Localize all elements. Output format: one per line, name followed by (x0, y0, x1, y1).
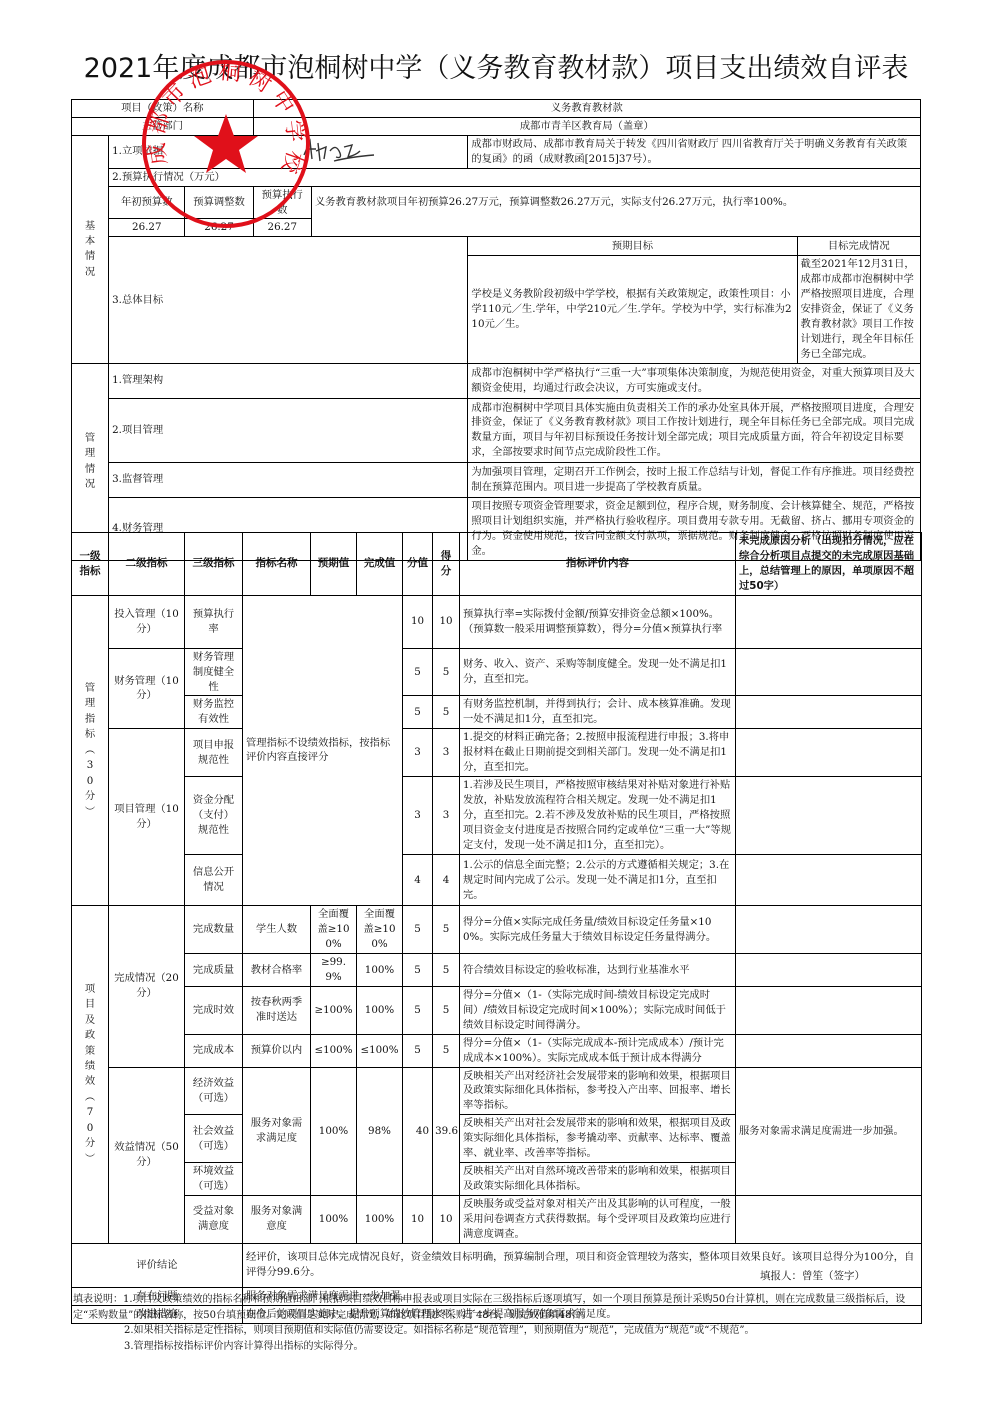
level3-cell: 完成成本 (185, 1034, 243, 1067)
score-cell: 10 (433, 595, 460, 648)
hdr-level1: 一级指标 (72, 533, 109, 596)
level3-cell: 完成时效 (185, 986, 243, 1034)
level3-cell: 资金分配（支付）规范性 (185, 777, 243, 855)
weight-cell: 4 (403, 855, 433, 906)
goal-done-header: 目标完成情况 (797, 237, 920, 256)
weight-cell: 5 (403, 696, 433, 729)
weight-cell: 10 (403, 595, 433, 648)
perf-metrics-level1: 项 目 及 政 策 绩 效 ︵ 7 0 分 ︶ (72, 906, 109, 1243)
goal-expected-text: 学校是义务教阶段初级中学学校，根据有关政策规定，政策性项目：小学110元／生.学… (468, 256, 797, 363)
content-cell: 反映相关产出对社会发展带来的影响和效果，根据项目及政策实际细化具体指标，参考撬动… (460, 1115, 736, 1163)
actual-cell: ≤100% (357, 1034, 403, 1067)
actual-cell: 100% (357, 986, 403, 1034)
name-cell: 按春秋两季准时送达 (243, 986, 311, 1034)
weight-cell: 3 (403, 777, 433, 855)
score-cell: 5 (433, 906, 460, 954)
score-cell: 5 (433, 986, 460, 1034)
expected-cell: ≤100% (311, 1034, 357, 1067)
goal-done-text: 截至2021年12月31日，成都市成都市泡桐树中学严格按照项目进度，合理安排资金… (797, 256, 920, 363)
expected-cell: 100% (311, 1195, 357, 1243)
budget-initial-value: 26.27 (109, 219, 185, 237)
name-cell: 学生人数 (243, 906, 311, 954)
score-cell: 4 (433, 855, 460, 906)
hdr-level2: 二级指标 (109, 533, 185, 596)
budget-text: 义务教育教材款项目年初预算26.27万元，预算调整数26.27万元，实际支付26… (311, 186, 920, 237)
mgmt-metrics-level1: 管 理 指 标 ︵ 3 0 分 ︶ (72, 595, 109, 906)
benefit-expected-cell: 100% (311, 1067, 357, 1195)
content-cell: 得分=分值×（1-（实际完成成本-预计完成成本）/预计完成成本×100%）。实际… (460, 1034, 736, 1067)
mgmt-item-label: 2.项目管理 (109, 398, 468, 462)
basis-label: 1.立项依据 (109, 135, 468, 168)
weight-cell: 5 (403, 1034, 433, 1067)
content-cell: 1.公示的信息全面完整；2.公示的方式遵循相关规定；3.在规定时间内完成了公示。… (460, 855, 736, 906)
level3-cell: 预算执行率 (185, 595, 243, 648)
goal-expected-header: 预期目标 (468, 237, 797, 256)
score-cell: 5 (433, 1034, 460, 1067)
name-cell: 预算价以内 (243, 1034, 311, 1067)
reason-cell (736, 1195, 922, 1243)
reason-cell (736, 777, 922, 855)
content-cell: 反映服务或受益对象对相关产出及其影响的认可程度，一般采用问卷调查方式获得数据。每… (460, 1195, 736, 1243)
reason-cell (736, 855, 922, 906)
level3-cell: 社会效益（可选） (185, 1115, 243, 1163)
dept-label: 主管部门 (72, 117, 254, 135)
conclusion-label: 评价结论 (72, 1243, 243, 1287)
expected-cell: 全面覆盖≥100% (311, 906, 357, 954)
score-cell: 5 (433, 696, 460, 729)
level3-cell: 信息公开情况 (185, 855, 243, 906)
reason-cell (736, 986, 922, 1034)
actual-cell: 全面覆盖≥100% (357, 906, 403, 954)
level3-cell: 项目申报规范性 (185, 729, 243, 777)
metrics-table: 一级指标 二级指标 三级指标 指标名称 预期值 完成值 分值 得分 指标评价内容… (71, 532, 922, 1324)
hdr-name: 指标名称 (243, 533, 311, 596)
basic-info-table: 项目（政策）名称 义务教育教材款 主管部门 成都市青羊区教育局（盖章） 基 本 … (71, 99, 921, 561)
filler-signature: 填报人：曾笙（签字） (760, 1268, 865, 1283)
content-cell: 预算执行率=实际拨付金额/预算安排资金总额×100%。（预算数一般采用调整预算数… (460, 595, 736, 648)
basis-text: 成都市财政局、成都市教育局关于转发《四川省财政厅 四川省教育厅关于明确义务教育有… (468, 135, 921, 168)
level3-cell: 环境效益（可选） (185, 1163, 243, 1196)
note-2: 2.如果相关指标是定性指标，则项目预期值和实际值仍需要设定。如指标名称是“规范管… (73, 1323, 923, 1339)
hdr-level3: 三级指标 (185, 533, 243, 596)
level2-finance-mgmt: 财务管理（10分） (109, 648, 185, 729)
score-cell: 3 (433, 777, 460, 855)
content-cell: 反映相关产出对自然环境改善带来的影响和效果，根据项目及政策实际细化具体指标。 (460, 1163, 736, 1196)
dept-value: 成都市青羊区教育局（盖章） (253, 117, 920, 135)
benefit-weight-cell: 40 (403, 1067, 433, 1195)
content-cell: 财务、收入、资产、采购等制度健全。发现一处不满足扣1分，直至扣完。 (460, 648, 736, 696)
note-3: 3.管理指标按指标评价内容计算得出指标的实际得分。 (73, 1339, 923, 1355)
score-cell: 5 (433, 648, 460, 696)
budget-col-executed: 预算执行数 (253, 186, 311, 219)
mgmt-item-text: 为加强项目管理，定期召开工作例会，按时上报工作总结与计划，督促工作有序推进。项目… (468, 462, 921, 497)
notes: 填表说明：1.项目及政策绩效的指标名称和预期值由部门根据项目绩效目标申报表或项目… (73, 1292, 923, 1354)
weight-cell: 10 (403, 1195, 433, 1243)
level2-completion: 完成情况（20分） (109, 906, 185, 1067)
hdr-weight: 分值 (403, 533, 433, 596)
page-title: 2021年度成都市泡桐树中学（义务教育教材款）项目支出绩效自评表 (0, 46, 992, 85)
mgmt-item-label: 1.管理架构 (109, 363, 468, 398)
content-cell: 得分=分值×（1-（实际完成时间-绩效目标设定完成时间）/绩效目标设定完成时间×… (460, 986, 736, 1034)
management-section-label: 管 理 情 况 (72, 363, 109, 560)
level3-cell: 财务管理制度健全性 (185, 648, 243, 696)
benefit-score-cell: 39.6 (433, 1067, 460, 1195)
score-cell: 10 (433, 1195, 460, 1243)
reason-cell (736, 648, 922, 696)
hdr-actual: 完成值 (357, 533, 403, 596)
expected-cell: ≥100% (311, 986, 357, 1034)
hdr-reason: 未完成原因分析（出现扣分情况，应在综合分析项目点提交的未完成原因基础上，总结管理… (736, 533, 922, 596)
basic-section-label: 基 本 情 况 (72, 135, 109, 363)
content-cell: 反映相关产出对经济社会发展带来的影响和效果，根据项目及政策实际细化具体指标，参考… (460, 1067, 736, 1115)
note-1: 填表说明：1.项目及政策绩效的指标名称和预期值由部门根据项目绩效目标申报表或项目… (73, 1292, 923, 1323)
level3-cell: 完成数量 (185, 906, 243, 954)
content-cell: 1.若涉及民生项目，严格按照审核结果对补贴对象进行补贴发放，补贴发放流程符合相关… (460, 777, 736, 855)
hdr-content: 指标评价内容 (460, 533, 736, 596)
goal-label: 3.总体目标 (109, 237, 468, 363)
mgmt-item-text: 成都市泡桐树中学严格执行“三重一大”事项集体决策制度，为规范使用资金，对重大预算… (468, 363, 921, 398)
content-cell: 有财务监控机制，并得到执行；会计、成本核算准确。发现一处不满足扣1分，直至扣完。 (460, 696, 736, 729)
weight-cell: 5 (403, 648, 433, 696)
weight-cell: 5 (403, 986, 433, 1034)
level2-project-mgmt: 项目管理（10分） (109, 729, 185, 906)
actual-cell: 100% (357, 1195, 403, 1243)
benefit-actual-cell: 98% (357, 1067, 403, 1195)
reason-cell (736, 954, 922, 987)
mgmt-item-text: 成都市泡桐树中学项目具体实施由负责相关工作的承办处室具体开展，严格按照项目进度，… (468, 398, 921, 462)
level3-cell: 经济效益（可选） (185, 1067, 243, 1115)
weight-cell: 3 (403, 729, 433, 777)
content-cell: 得分=分值×实际完成任务量/绩效目标设定任务量×100%。实际完成任务量大于绩效… (460, 906, 736, 954)
level3-cell: 受益对象满意度 (185, 1195, 243, 1243)
name-cell: 教材合格率 (243, 954, 311, 987)
reason-cell (736, 729, 922, 777)
level2-input-mgmt: 投入管理（10分） (109, 595, 185, 648)
name-cell: 服务对象满意度 (243, 1195, 311, 1243)
budget-label: 2.预算执行情况（万元） (109, 168, 921, 186)
reason-cell (736, 696, 922, 729)
budget-col-adjusted: 预算调整数 (185, 186, 253, 219)
level3-cell: 财务监控有效性 (185, 696, 243, 729)
reason-cell (736, 1034, 922, 1067)
score-cell: 3 (433, 729, 460, 777)
project-name-label: 项目（政策）名称 (72, 100, 254, 118)
reason-cell (736, 906, 922, 954)
budget-adjusted-value: 26.27 (185, 219, 253, 237)
reason-cell (736, 595, 922, 648)
weight-cell: 5 (403, 954, 433, 987)
hdr-expected: 预期值 (311, 533, 357, 596)
budget-executed-value: 26.27 (253, 219, 311, 237)
actual-cell: 100% (357, 954, 403, 987)
content-cell: 符合绩效目标设定的验收标准，达到行业基准水平 (460, 954, 736, 987)
mgmt-shared-name: 管理指标不设绩效指标，按指标评价内容直接评分 (243, 595, 403, 906)
expected-cell: ≥99.9% (311, 954, 357, 987)
level2-benefit: 效益情况（50分） (109, 1067, 185, 1243)
weight-cell: 5 (403, 906, 433, 954)
score-cell: 5 (433, 954, 460, 987)
benefit-name-cell: 服务对象需求满足度 (243, 1067, 311, 1195)
benefit-reason-cell: 服务对象需求满足度需进一步加强。 (736, 1067, 922, 1195)
project-name: 义务教育教材款 (253, 100, 920, 118)
mgmt-item-label: 3.监督管理 (109, 462, 468, 497)
hdr-score: 得分 (433, 533, 460, 596)
budget-col-initial: 年初预算数 (109, 186, 185, 219)
level3-cell: 完成质量 (185, 954, 243, 987)
content-cell: 1.提交的材料正确完备；2.按照申报流程进行申报；3.将申报材料在截止日期前提交… (460, 729, 736, 777)
